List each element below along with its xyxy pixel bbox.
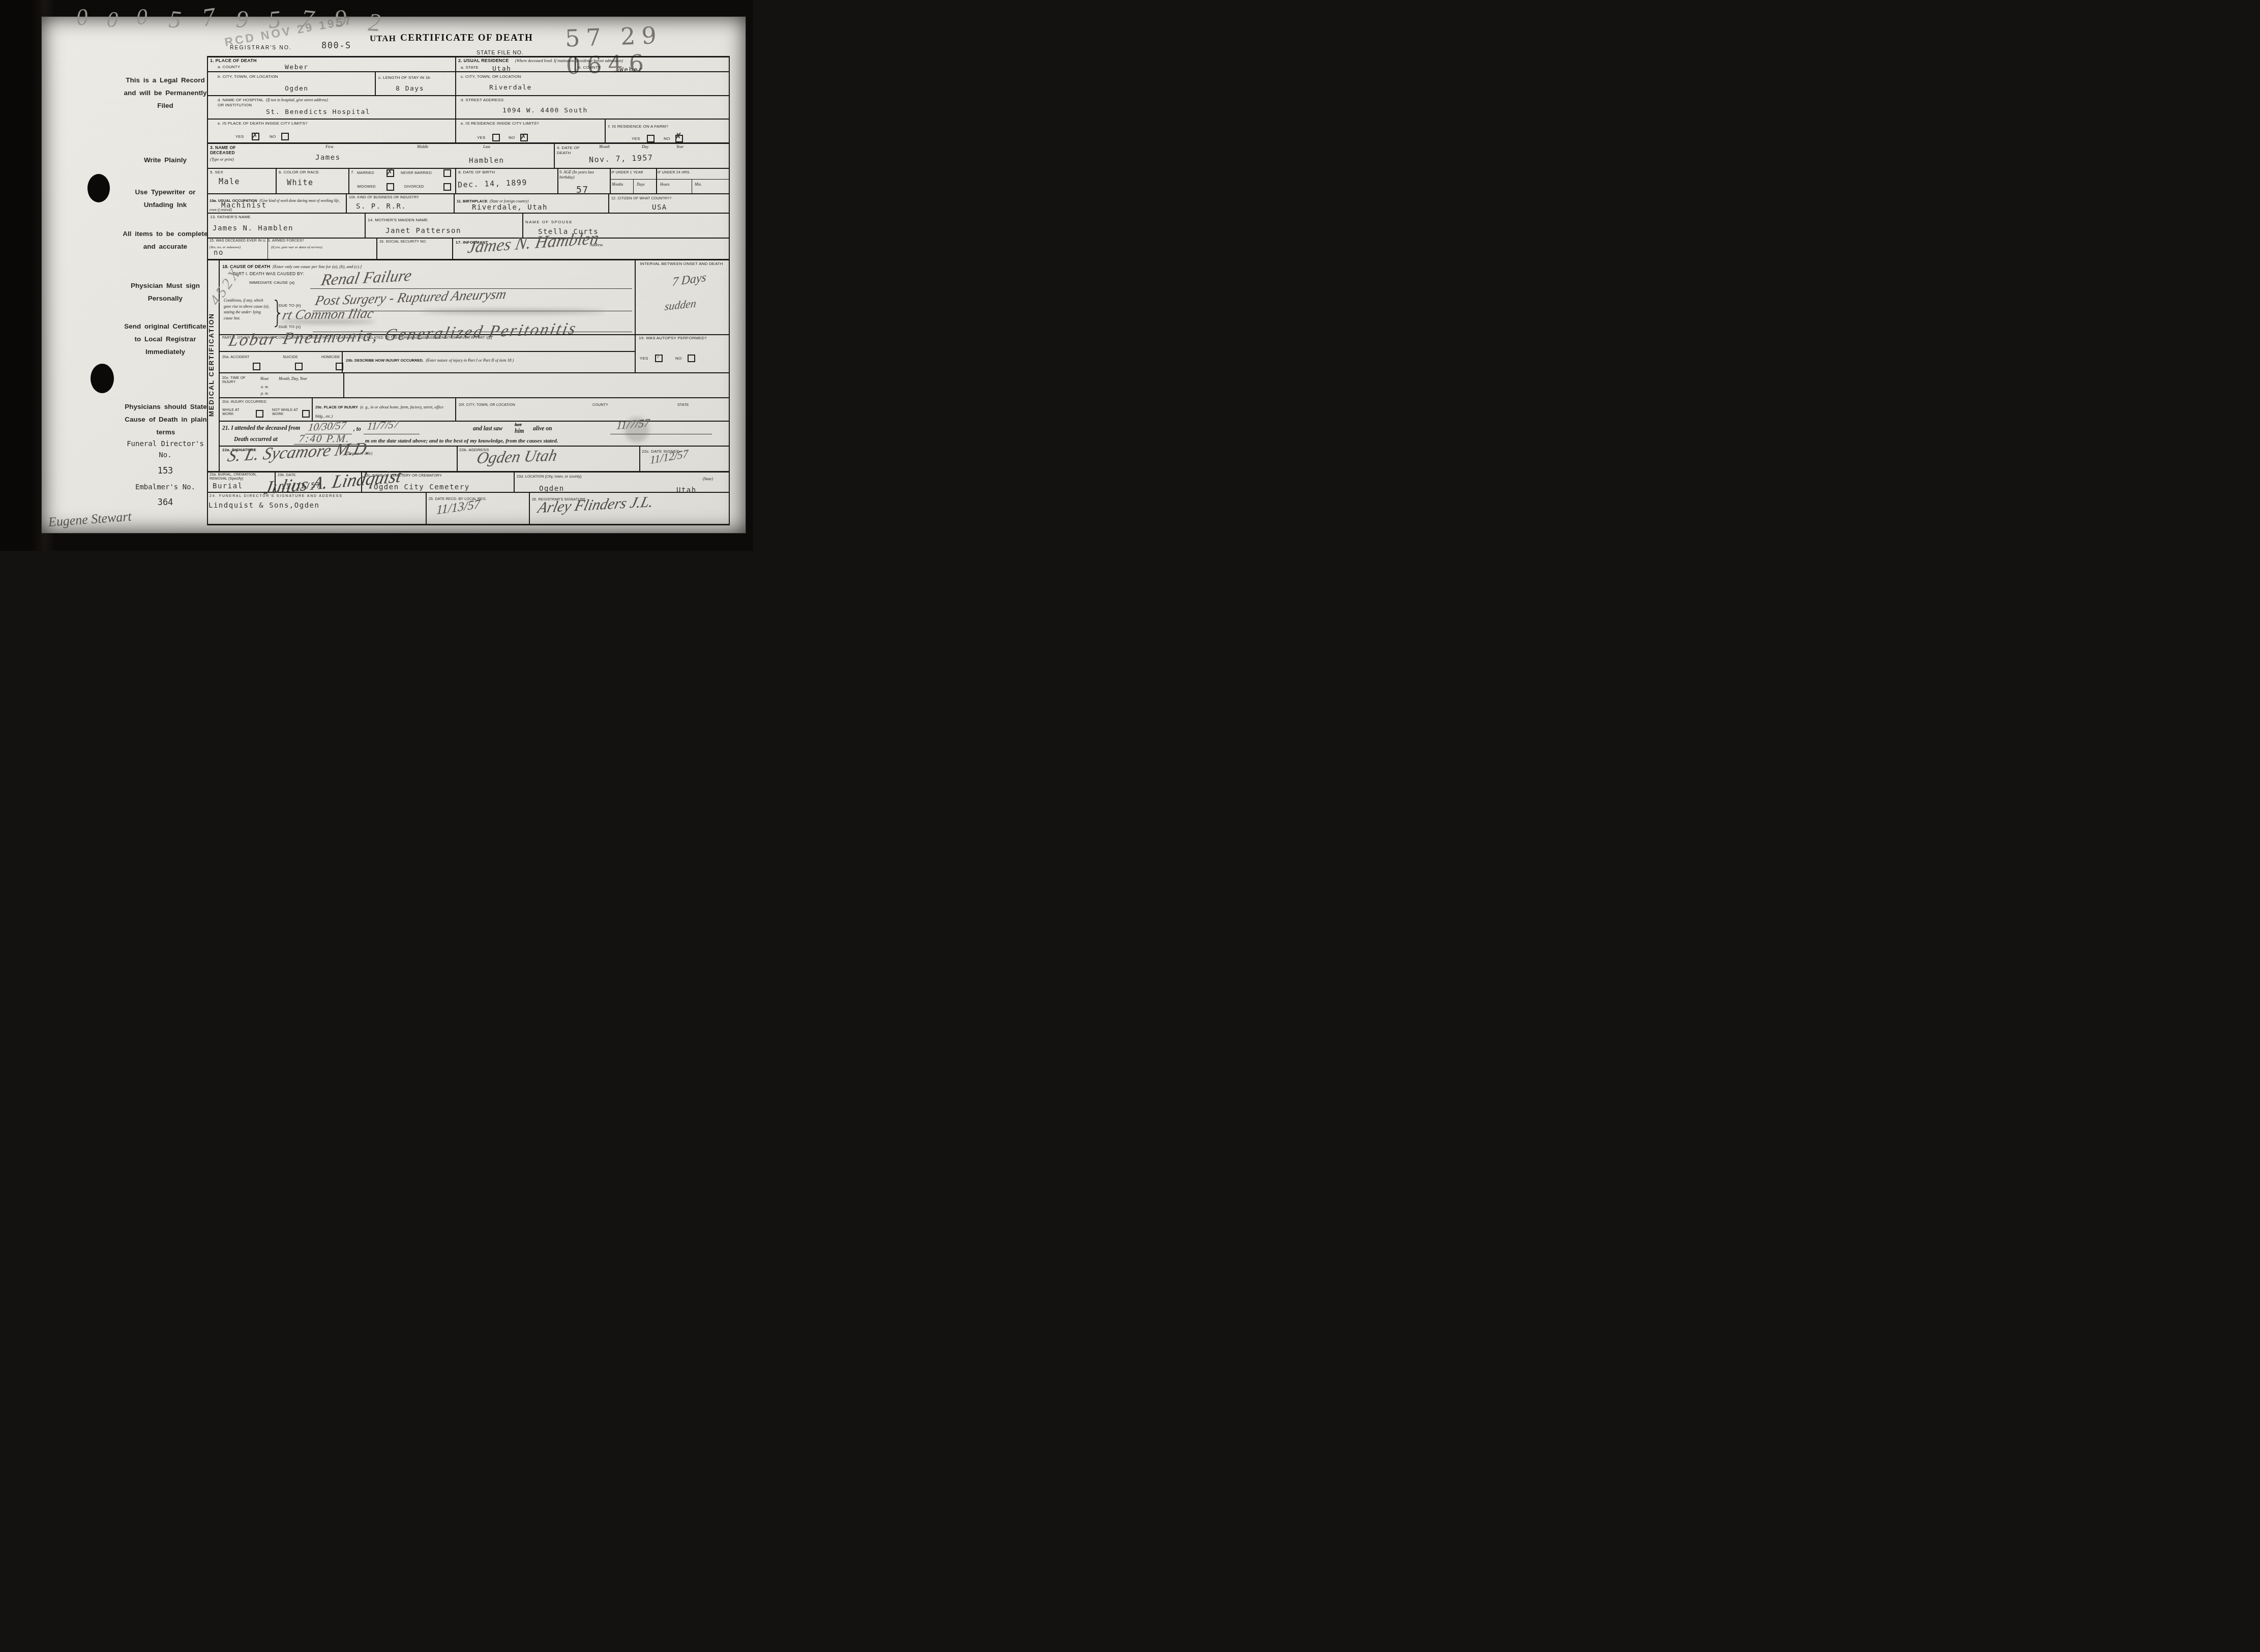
s20a-suicide-label: SUICIDE [283,356,298,360]
s23d-state-value: Utah [676,486,697,494]
s24-director-typed: Lindquist & Sons,Ogden [209,501,319,510]
s23d-city-value: Ogden [539,485,564,493]
s21-text5: m on the date stated above; and to the b… [365,438,558,444]
margin-note-plain-terms: Physicians should State Cause of Death i… [116,401,216,439]
s1e-yes-label: YES [235,134,244,139]
margin-note-typewriter: Use Typewriter or Unfading Ink [120,186,211,212]
s20a-suicide-checkbox [295,363,303,370]
s9-days-label: Days [637,182,644,187]
s4-year-header: Year [676,144,683,150]
s20f-state-label: STATE [677,403,689,407]
s1c-label: c. LENGTH OF STAY IN 1b [378,75,452,80]
s2a-state-value: Utah [492,65,511,73]
s1a-label: a. COUNTY [218,65,240,70]
s18-immediate-cause-label: IMMEDIATE CAUSE (a) [249,280,294,285]
s6-title: 6. COLOR OR RACE [279,170,319,175]
x-mark-icon: ✗ [386,167,393,176]
s19-no-checkbox [688,355,695,362]
s2e-yes-label: YES [477,135,486,140]
hole-punch-top [87,174,110,202]
s20c-am-label: a. m. [261,385,269,390]
state-file-no-label: STATE FILE NO. [477,50,524,56]
s20c-hour-label: Hour [260,376,269,381]
s16-title: 16. SOCIAL SECURITY NO. [379,240,451,244]
s9-months-label: Months [612,182,623,187]
s20d-not-while-checkbox [302,410,310,418]
scanned-death-certificate: 0 0 0 5 7 9 5 7 9 2 RCD NOV 29 1957 REGI… [0,0,753,551]
page-title: CERTIFICATE OF DEATH [400,33,533,44]
title-state: UTAH [370,34,396,44]
s10a-occupation-value: Machinist [221,201,266,210]
s19-title: 19. WAS AUTOPSY PERFORMED? [639,336,720,341]
s2a-label: a. STATE [461,65,479,70]
s2d-street-value: 1094 W. 4400 South [502,107,588,114]
pencil-digit: 0 [136,4,148,30]
s21-to-label: , to [353,426,361,432]
s3-last-value: Hamblen [469,157,504,165]
s3-title: 3. NAME OF DECEASED [210,145,253,155]
x-mark-icon: ✗ [520,132,527,141]
s1d-note: (If not in hospital, give street address… [266,98,328,103]
s2e-yes-checkbox [492,134,500,141]
s19-no-label: NO [675,356,681,361]
s1a-county-value: Weber [285,64,309,71]
s2f-yes-label: YES [632,136,640,141]
s24-title: 24. FUNERAL DIRECTOR'S SIGNATURE AND ADD… [210,494,343,498]
registrars-no-label: REGISTRAR'S NO. [230,45,292,51]
s2c-city-value: Riverdale [489,84,532,92]
s21-struck-her: her [515,422,522,428]
s19-yes-label: YES [640,356,648,361]
s1e-no-checkbox [281,133,289,140]
s7-divorced-label: DIVORCED [404,185,424,189]
s22b-address-value: Ogden Utah [475,446,559,467]
s7-widowed-label: WIDOWED [357,185,376,189]
s2f-label: f. IS RESIDENCE ON A FARM? [608,124,729,129]
s18-due-to-c-label: DUE TO (c) [279,324,301,330]
s11-birthplace-value: Riverdale, Utah [472,203,548,212]
s3-first-header: First [325,144,334,150]
spouse-title: NAME OF SPOUSE [525,220,573,225]
s20a-homicide-checkbox [336,363,343,370]
pencil-digit: 0 [106,6,119,33]
s9-title: 9. AGE (In years last birthday) [559,170,606,180]
s2e-no-checkbox: ✗ [520,134,528,141]
s9-under1yr-label: IF UNDER 1 YEAR [611,171,655,175]
s5-sex-value: Male [219,177,240,186]
s8-title: 8. DATE OF BIRTH [458,170,495,175]
pencil-digit: 5 [168,5,183,34]
s7-married-checkbox: ✗ [386,169,394,177]
s20a-homicide-label: HOMICIDE [321,356,340,360]
s12-title: 12. CITIZEN OF WHAT COUNTRY? [611,197,723,201]
s20c-pm-label: p. m. [261,391,269,396]
s10b-title: 10b. KIND OF BUSINESS OR INDUSTRY [349,196,451,200]
s1-title: 1. PLACE OF DEATH [210,58,257,64]
s6-race-value: White [287,178,314,187]
s20d-not-while-label: NOT WHILE AT WORK [272,408,301,417]
s20c-title: 20c. TIME OF INJURY [222,376,256,385]
registrars-no-value: 800-S [321,41,351,51]
s18-bracket-note: [Enter only one cause per line for (a), … [273,264,362,269]
s18-interval-label: INTERVAL BETWEEN ONSET AND DEATH [638,261,725,267]
s21-from-date: 10/30/57 [307,419,347,434]
x-mark-icon: ✗ [252,131,258,140]
s23d-state-label: (State) [703,477,713,481]
s4-month-header: Month [599,144,610,150]
s7-widowed-checkbox [386,183,394,191]
s20e-title: 20e. PLACE OF INJURY [315,405,358,409]
s13-title: 13. FATHER'S NAME [210,215,251,220]
s7-married-label: MARRIED [357,171,374,175]
s11-note: (State or foreign country) [490,199,529,203]
embalmers-no-label: Embalmer's No. [120,483,211,491]
s20b-title: 20b. DESCRIBE HOW INJURY OCCURRED. [346,358,424,363]
s20e-title-row: 20e. PLACE OF INJURY (e. g., in or about… [315,402,452,420]
s2-title: 2. USUAL RESIDENCE [458,58,509,64]
s14-title: 14. MOTHER'S MAIDEN NAME [368,218,428,223]
s21-text4: Death occurred at [234,436,278,442]
s21-him: him [515,428,524,434]
s1b-city-value: Ogden [285,85,309,93]
s9-under24hr-label: IF UNDER 24 HRS. [658,171,703,175]
s2d-label: d. STREET ADDRESS [461,98,503,103]
s2b-label: b. COUNTY [578,65,601,70]
state-file-no-stamp: 57 29 0646 [564,18,753,80]
s9-age-value: 57 [576,185,589,195]
check-mark-icon: ✓ [656,353,662,361]
s5-title: 5. SEX [210,170,223,175]
s11-title-bold: 11. BIRTHPLACE [457,199,487,203]
s1d-hospital-value: St. Benedicts Hospital [266,108,370,116]
x-mark-icon: ✗ [674,131,682,142]
s2e-label: e. IS RESIDENCE INSIDE CITY LIMITS? [461,121,539,126]
s2e-no-label: NO [509,135,515,140]
s20b-note: (Enter nature of injury in Part I or Par… [426,358,514,363]
pencil-digit: 2 [367,7,381,37]
s20d-title: 20d. INJURY OCCURRED [222,400,266,404]
s10b-industry-value: S. P. R.R. [356,202,406,211]
s1b-label: b. CITY, TOWN, OR LOCATION [218,74,278,79]
s19-yes-checkbox: ✓ [655,355,663,362]
margin-note-legal-record: This is a Legal Record and will be Perma… [120,74,211,112]
s7-never-married-label: NEVER MARRIED [401,171,432,175]
s13-father-value: James N. Hamblen [213,224,293,232]
s3-last-header: Last [483,144,490,150]
s23a-title: 23a. BURIAL, CREMATION, REMOVAL (Specify… [210,473,270,482]
funeral-directors-no-value: 153 [120,466,211,476]
s7-never-married-checkbox [443,169,451,177]
s3-note: (Type or print) [210,157,234,162]
s7-number: 7. [351,170,354,175]
s9-min-label: Min. [695,182,702,187]
s7-divorced-checkbox [443,183,451,191]
s21-to-date: 11/7/57 [367,418,400,433]
s1d-label: d. NAME OF HOSPITAL OR INSTITUTION [218,98,264,107]
s23d-title: 23d. LOCATION (City, town, or county) [517,475,634,479]
s9-hours-label: Hours [660,182,670,187]
funeral-directors-no-label: Funeral Director's No. [120,438,211,461]
s14-mother-value: Janet Patterson [385,227,461,235]
s20b-title-row: 20b. DESCRIBE HOW INJURY OCCURRED. (Ente… [346,355,631,364]
s20a-accident-label: 20a. ACCIDENT [222,356,250,360]
s4-day-header: Day [642,144,648,150]
pencil-digit: 0 [75,3,89,31]
s20c-mdy-label: Month, Day, Year [279,376,307,381]
s20a-accident-checkbox [253,363,260,370]
hole-punch-bottom [91,364,114,393]
s1e-yes-checkbox: ✗ [252,133,259,140]
margin-note-send-original: Send original Certificate to Local Regis… [120,320,211,359]
s2f-yes-checkbox [647,135,655,142]
s15-title: 15. WAS DECEASED EVER IN U. S. ARMED FOR… [210,239,372,243]
s20f-title: 20f. CITY, TOWN, OR LOCATION [459,403,515,407]
s23a-burial-value: Burial [213,482,243,490]
s20d-while-label: WHILE AT WORK [222,408,249,417]
s1e-no-label: NO [270,134,276,139]
s3-first-value: James [315,154,341,162]
s18-conditions-note: Conditions, if any, which gave rise to a… [224,298,271,321]
margin-note-physician-sign: Physician Must sign Personally [120,280,211,305]
s4-title: 4. DATE OF DEATH [557,145,580,155]
s2f-no-checkbox: ✗ [675,135,683,142]
s3-middle-header: Middle [417,144,429,150]
s12-citizen-value: USA [652,203,667,212]
s21-text3: alive on [533,426,552,432]
s20d-while-checkbox [256,410,263,418]
s15-sub2: (If yes, give war or dates of service) [271,245,322,249]
s2c-label: c. CITY, TOWN, OR LOCATION [461,74,521,79]
margin-note-complete: All items to be complete and accurate [120,228,211,253]
s2-note: (Where deceased lived. If institution: R… [515,58,728,64]
margin-note-write-plainly: Write Plainly [120,154,211,167]
s1e-label: e. IS PLACE OF DEATH INSIDE CITY LIMITS? [218,121,308,126]
s2f-no-label: NO [664,136,670,141]
s21-text1: 21. I attended the deceased from [222,425,300,431]
s1c-stay-value: 8 Days [396,85,424,93]
s15-armed-forces-value: no [214,249,224,257]
s21-text2: and last saw [473,426,502,432]
embalmers-no-value: 364 [120,497,211,508]
s20f-county-label: COUNTY [592,403,608,407]
pencil-digit: 9 [235,5,249,34]
s2b-county-value: Weber [619,66,643,74]
